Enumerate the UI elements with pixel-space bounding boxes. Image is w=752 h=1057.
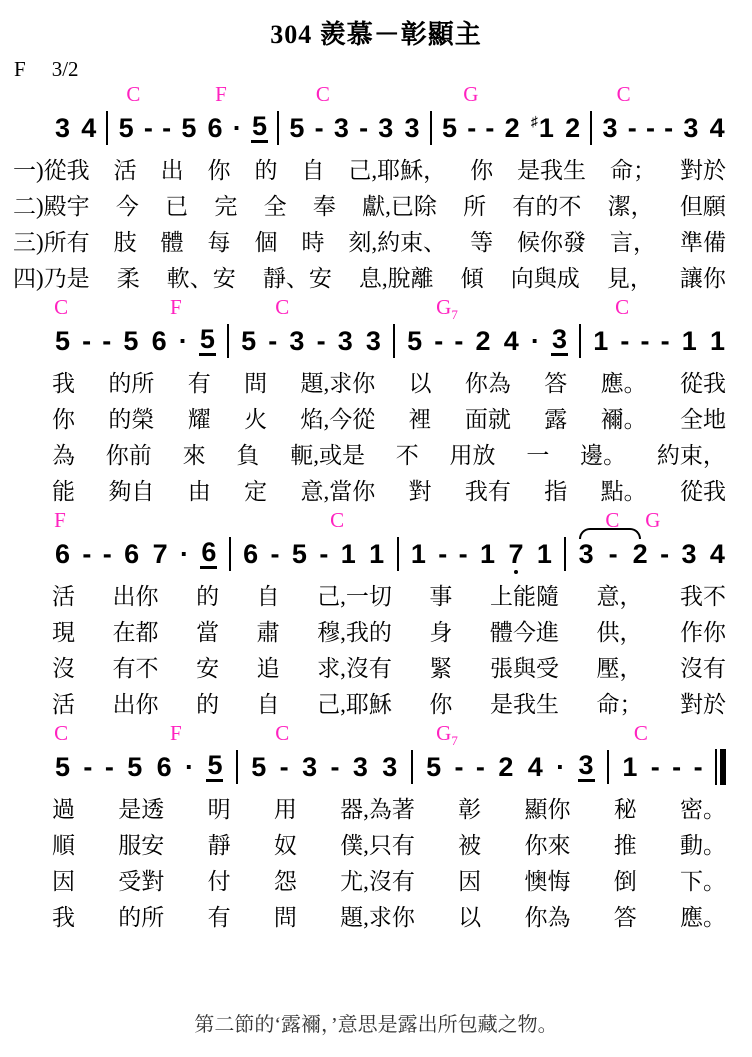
chord-label: C (54, 722, 68, 745)
lyric-syllable: 在都 (113, 614, 159, 647)
note: 7 (507, 541, 524, 568)
chord-label: C (615, 296, 629, 319)
note: 5 (251, 113, 268, 143)
note: 1 (410, 541, 427, 568)
duration-dash: - (438, 541, 447, 568)
notation-line: 6--67·66-5-111--1713-2-34 (54, 535, 726, 573)
lyric-syllable: 柔 (117, 260, 140, 293)
note: 5 (406, 328, 423, 355)
lyric-syllable: 肢 (114, 224, 137, 257)
duration-dash: - (162, 115, 171, 142)
barline (411, 750, 413, 784)
lyric-syllable: 下。 (680, 863, 726, 896)
lyric-syllable: 奉 (313, 188, 336, 221)
lyric-line: 二)殿宇今已完全奉獻,已除所有的不潔，但願 (13, 186, 726, 222)
note: 6 (207, 115, 224, 142)
lyric-syllable: 你為 (524, 899, 570, 932)
duration-dash: - (83, 754, 92, 781)
duration-dash: - (609, 541, 618, 568)
note: 4 (503, 328, 520, 355)
note: 3 (381, 754, 398, 781)
note: 5 (425, 754, 442, 781)
footnote: 第二節的‘露襧，’意思是露出所包藏之物。 (0, 1008, 752, 1037)
lyric-line: 現在都當肅穆,我的身體今進供，作你 (52, 612, 726, 648)
lyric-syllable: 付 (208, 863, 231, 896)
notation-line: 345--56·55-3-335--2123---34 (54, 109, 726, 147)
lyric-syllable: 密。 (680, 791, 726, 824)
lyric-syllable: 每 (208, 224, 231, 257)
lyric-syllable: 約束， (657, 437, 726, 470)
note: 6 (200, 539, 217, 569)
duration-dash: - (144, 115, 153, 142)
note: 6 (123, 541, 140, 568)
lyric-syllable: 對於 (680, 152, 726, 185)
notation-line: 5--56·55-3-335--24·31---11 (54, 322, 726, 360)
lyric-syllable: 事 (429, 578, 452, 611)
duration-dash: - (330, 754, 339, 781)
duration-dash: - (661, 328, 670, 355)
lyric-line: 順服安靜奴僕,只有被你來推動。 (52, 825, 726, 861)
lyric-syllable: 靜、安 (263, 260, 332, 293)
lyric-syllable: 火 (244, 401, 267, 434)
note: 3 (288, 328, 305, 355)
lyric-syllable: 求,沒有 (317, 650, 392, 683)
lyric-syllable: 不 (396, 437, 419, 470)
lyric-line: 過是透明用器,為著彰顯你秘密。 (52, 789, 726, 825)
lyric-syllable: 奴 (274, 827, 297, 860)
note: 6 (156, 754, 173, 781)
lyric-syllable: 體 (161, 224, 184, 257)
chord-label: G7 (436, 296, 458, 319)
lyric-syllable: 當 (196, 614, 219, 647)
note: 5 (250, 754, 267, 781)
lyric-line: 四)乃是柔軟、安靜、安息,脫離傾向與成見，讓你 (13, 258, 726, 294)
chord-label: C (126, 83, 140, 106)
lyric-syllable: 自 (257, 686, 280, 719)
lyric-syllable: 襧。 (601, 401, 647, 434)
lyric-syllable: 是我生 (517, 152, 586, 185)
lyric-syllable: 為 (52, 437, 75, 470)
lyric-syllable: 軛,或是 (290, 437, 365, 470)
lyric-syllable: 器,為著 (340, 791, 415, 824)
lyric-line: 能夠自由定意,當你對我有指點。從我 (52, 471, 726, 507)
lyric-syllable: 被 (458, 827, 481, 860)
lyric-syllable: 有的不 (512, 188, 581, 221)
duration-dash: - (476, 754, 485, 781)
note: 5 (240, 328, 257, 355)
duration-dash: - (103, 541, 112, 568)
duration-dash: - (651, 754, 660, 781)
lyric-syllable: 意,當你 (300, 473, 375, 506)
lyric-line: 一)從我活出你的自己,耶穌，你是我生命；對於 (13, 150, 726, 186)
chord-row: CFCG7C (0, 296, 752, 321)
barline (393, 324, 395, 358)
barline (236, 750, 238, 784)
note: 3 (337, 328, 354, 355)
lyric-syllable: 己,耶穌 (317, 686, 392, 719)
lyric-syllable: 問 (274, 899, 297, 932)
lyric-syllable: 自 (257, 578, 280, 611)
final-barline-thick (720, 749, 726, 785)
duration-dash: - (467, 115, 476, 142)
barline (106, 111, 108, 145)
lyric-syllable: 所 (463, 188, 486, 221)
lyric-syllable: 緊 (429, 650, 452, 683)
lyric-syllable: 從我 (680, 473, 726, 506)
lyric-syllable: 見， (607, 260, 653, 293)
lyric-syllable: 言， (610, 224, 656, 257)
lyric-syllable: 從我 (680, 365, 726, 398)
chord-label: C (330, 509, 344, 532)
note: 1 (530, 114, 555, 142)
duration-dash: - (455, 754, 464, 781)
lyric-syllable: 以 (409, 365, 432, 398)
lyric-syllable: 怨 (274, 863, 297, 896)
lyric-syllable: 因 (52, 863, 75, 896)
lyric-syllable: 的 (196, 686, 219, 719)
score-section: CFCG7C5--56·55-3-335--24·31---過是透明用器,為著彰… (0, 722, 752, 933)
lyric-syllable: 身 (429, 614, 452, 647)
lyric-syllable: 顯你 (524, 791, 570, 824)
lyric-syllable: 答 (544, 365, 567, 398)
lyric-syllable: 靜 (208, 827, 231, 860)
lyric-syllable: 你前 (106, 437, 152, 470)
duration-dash: - (434, 328, 443, 355)
barline (607, 750, 609, 784)
note: 3 (377, 115, 394, 142)
final-barline-thin (715, 749, 717, 785)
score-section: FCCG6--67·66-5-111--1713-2-34活出你的自己,一切事上… (0, 509, 752, 720)
barline (397, 537, 399, 571)
lyric-syllable: 活 (114, 152, 137, 185)
key-signature: F (14, 57, 26, 81)
lyric-line: 活出你的自己,一切事上能隨意，我不 (52, 576, 726, 612)
dotted-note-dot: · (180, 541, 189, 568)
lyric-syllable: 的所 (108, 365, 154, 398)
lyric-syllable: 作你 (680, 614, 726, 647)
chord-row: CFCGC (0, 83, 752, 108)
chord-label: F (54, 509, 66, 532)
lyric-syllable: 有不 (113, 650, 159, 683)
lyric-syllable: 一)從我 (13, 152, 90, 185)
lyric-syllable: 準備 (680, 224, 726, 257)
note: 1 (479, 541, 496, 568)
duration-dash: - (319, 541, 328, 568)
lyric-syllable: 候你發 (517, 224, 586, 257)
note: 4 (709, 541, 726, 568)
lyric-syllable: 活 (52, 686, 75, 719)
tie-group: 3-2 (578, 541, 649, 568)
dotted-note-dot: · (185, 754, 194, 781)
note: 1 (709, 328, 726, 355)
note: 1 (536, 541, 553, 568)
duration-dash: - (664, 115, 673, 142)
lyric-syllable: 個 (254, 224, 277, 257)
chord-label: C (275, 296, 289, 319)
note: 1 (681, 328, 698, 355)
barline (227, 324, 229, 358)
hymn-title: 304 羨慕－彰顯主 (0, 0, 752, 51)
hymn-page: 304 羨慕－彰顯主 F3/2 CFCGC345--56·55-3-335--2… (0, 0, 752, 1057)
lyric-syllable: 沒 (52, 650, 75, 683)
lyric-syllable: 答 (614, 899, 637, 932)
lyric-syllable: 潔， (608, 188, 654, 221)
lyric-syllable: 來 (183, 437, 206, 470)
lyric-syllable: 秘 (614, 791, 637, 824)
note: 3 (301, 754, 318, 781)
lyric-syllable: 彰 (458, 791, 481, 824)
note: 3 (404, 115, 421, 142)
lyric-syllable: 一 (526, 437, 549, 470)
note: 6 (54, 541, 71, 568)
lyric-syllable: 已 (165, 188, 188, 221)
lyric-syllable: 你 (429, 686, 452, 719)
lyric-syllable: 是我生 (490, 686, 559, 719)
lyric-syllable: 對 (409, 473, 432, 506)
lyric-syllable: 你為 (465, 365, 511, 398)
lyric-syllable: 題,求你 (300, 365, 375, 398)
lyric-syllable: 推 (614, 827, 637, 860)
note: 5 (206, 752, 223, 782)
lyric-line: 沒有不安追求,沒有緊張與受壓，沒有 (52, 648, 726, 684)
duration-dash: - (268, 328, 277, 355)
lyric-syllable: 是透 (118, 791, 164, 824)
lyric-syllable: 應。 (601, 365, 647, 398)
lyric-syllable: 等 (470, 224, 493, 257)
note: 3 (578, 541, 595, 568)
lyric-syllable: 明 (208, 791, 231, 824)
duration-dash: - (641, 328, 650, 355)
lyric-syllable: 二)殿宇 (13, 188, 90, 221)
note: 4 (709, 115, 726, 142)
note: 5 (441, 115, 458, 142)
lyric-syllable: 邊。 (580, 437, 626, 470)
barline (590, 111, 592, 145)
note: 2 (504, 115, 521, 142)
lyric-syllable: 時 (301, 224, 324, 257)
duration-dash: - (280, 754, 289, 781)
duration-dash: - (660, 541, 669, 568)
lyric-syllable: 今 (116, 188, 139, 221)
note: 4 (80, 115, 97, 142)
note: 2 (475, 328, 492, 355)
note: 3 (333, 115, 350, 142)
note: 5 (118, 115, 135, 142)
duration-dash: - (459, 541, 468, 568)
lyric-syllable: 指 (544, 473, 567, 506)
lyric-syllable: 耀 (188, 401, 211, 434)
note: 3 (54, 115, 71, 142)
note: 1 (592, 328, 609, 355)
note: 2 (564, 115, 581, 142)
lyric-syllable: 獻,已除 (362, 188, 437, 221)
lyric-syllable: 懊悔 (524, 863, 570, 896)
lyric-syllable: 沒有 (680, 650, 726, 683)
lyric-syllable: 我 (52, 899, 75, 932)
duration-dash: - (317, 328, 326, 355)
lyric-syllable: 命； (610, 152, 656, 185)
lyric-syllable: 體今進 (490, 614, 559, 647)
lyric-syllable: 出 (161, 152, 184, 185)
lyric-line: 三)所有肢體每個時刻,約束、等候你發言，準備 (13, 222, 726, 258)
lyric-syllable: 對於 (680, 686, 726, 719)
lyric-syllable: 用 (274, 791, 297, 824)
chord-label: G7 (436, 722, 458, 745)
note: 5 (288, 115, 305, 142)
lyric-syllable: 安 (196, 650, 219, 683)
lyric-syllable: 定 (244, 473, 267, 506)
lyric-syllable: 尤,沒有 (340, 863, 415, 896)
chord-label: G (463, 83, 478, 106)
barline (430, 111, 432, 145)
lyric-line: 你的榮耀火焰,今從裡面就露襧。全地 (52, 399, 726, 435)
dotted-note-dot: · (179, 328, 188, 355)
lyric-syllable: 出你 (113, 686, 159, 719)
lyric-syllable: 軟、安 (167, 260, 236, 293)
lyric-syllable: 過 (52, 791, 75, 824)
lyric-syllable: 負 (236, 437, 259, 470)
lyric-syllable: 刻,約束、 (348, 224, 446, 257)
lyric-syllable: 你 (470, 152, 493, 185)
lyric-syllable: 焰,今從 (300, 401, 375, 434)
lyric-syllable: 三)所有 (13, 224, 90, 257)
lyric-syllable: 有 (208, 899, 231, 932)
final-barline (715, 749, 726, 785)
note: 1 (621, 754, 638, 781)
barline (579, 324, 581, 358)
lyric-syllable: 因 (458, 863, 481, 896)
note: 5 (126, 754, 143, 781)
lyric-syllable: 壓， (596, 650, 642, 683)
note: 1 (340, 541, 357, 568)
note: 3 (365, 328, 382, 355)
lyric-syllable: 的 (254, 152, 277, 185)
barline (277, 111, 279, 145)
duration-dash: - (315, 115, 324, 142)
note: 4 (527, 754, 544, 781)
duration-dash: - (672, 754, 681, 781)
lyric-line: 為你前來負軛,或是不用放一邊。約束， (52, 435, 726, 471)
note: 5 (291, 541, 308, 568)
lyric-syllable: 的所 (118, 899, 164, 932)
chord-label: F (170, 722, 182, 745)
lyric-syllable: 己,一切 (317, 578, 392, 611)
dotted-note-dot: · (531, 328, 540, 355)
note: 6 (151, 328, 168, 355)
lyric-syllable: 讓你 (680, 260, 726, 293)
lyric-syllable: 問 (244, 365, 267, 398)
lyric-syllable: 全地 (680, 401, 726, 434)
duration-dash: - (628, 115, 637, 142)
lyric-syllable: 你 (52, 401, 75, 434)
score-section: CFCG7C5--56·55-3-335--24·31---11我的所有問題,求… (0, 296, 752, 507)
lyric-syllable: 命； (596, 686, 642, 719)
lyric-syllable: 夠自 (108, 473, 154, 506)
note: 1 (368, 541, 385, 568)
chord-label: F (215, 83, 227, 106)
lyric-syllable: 露 (544, 401, 567, 434)
lyric-syllable: 你來 (524, 827, 570, 860)
lyric-syllable: 服安 (118, 827, 164, 860)
lyric-syllable: 應。 (680, 899, 726, 932)
lyric-syllable: 完 (214, 188, 237, 221)
duration-dash: - (102, 328, 111, 355)
chord-label: G (645, 509, 660, 532)
lyric-syllable: 追 (257, 650, 280, 683)
chord-subscript: 7 (451, 307, 458, 322)
lyric-syllable: 息,脫離 (359, 260, 434, 293)
note: 3 (682, 115, 699, 142)
lyric-syllable: 題,求你 (340, 899, 415, 932)
chord-label: C (617, 83, 631, 106)
note: 7 (152, 541, 169, 568)
note: 3 (578, 752, 595, 782)
note: 3 (680, 541, 697, 568)
note: 3 (551, 326, 568, 356)
lyric-syllable: 但願 (680, 188, 726, 221)
lyric-syllable: 順 (52, 827, 75, 860)
lyric-syllable: 張與受 (490, 650, 559, 683)
dotted-note-dot: · (556, 754, 565, 781)
chord-row: CFCG7C (0, 722, 752, 747)
note: 5 (54, 754, 71, 781)
duration-dash: - (82, 541, 91, 568)
chord-label: C (54, 296, 68, 319)
lyric-syllable: 穆,我的 (317, 614, 392, 647)
note: 5 (54, 328, 71, 355)
chord-subscript: 7 (451, 733, 458, 748)
barline (564, 537, 566, 571)
lyric-syllable: 現 (52, 614, 75, 647)
note: 6 (242, 541, 259, 568)
duration-dash: - (454, 328, 463, 355)
lyric-line: 因受對付怨尤,沒有因懊悔倒下。 (52, 861, 726, 897)
lyric-syllable: 你 (208, 152, 231, 185)
lyric-syllable: 點。 (601, 473, 647, 506)
lyric-syllable: 用放 (450, 437, 496, 470)
lyric-syllable: 意， (596, 578, 642, 611)
lyric-syllable: 面就 (465, 401, 511, 434)
lyric-syllable: 全 (264, 188, 287, 221)
lyric-line: 我的所有問題,求你以你為答應。從我 (52, 363, 726, 399)
score: CFCGC345--56·55-3-335--2123---34一)從我活出你的… (0, 83, 752, 933)
lyric-syllable: 受對 (118, 863, 164, 896)
lyric-syllable: 自 (301, 152, 324, 185)
duration-dash: - (694, 754, 703, 781)
lyric-syllable: 四)乃是 (13, 260, 90, 293)
barline (229, 537, 231, 571)
note: 2 (497, 754, 514, 781)
note: 5 (180, 115, 197, 142)
score-section: CFCGC345--56·55-3-335--2123---34一)從我活出你的… (0, 83, 752, 294)
note: 5 (199, 326, 216, 356)
lyric-syllable: 動。 (680, 827, 726, 860)
lyric-syllable: 己,耶穌， (348, 152, 446, 185)
note: 2 (632, 541, 649, 568)
duration-dash: - (646, 115, 655, 142)
note: 3 (602, 115, 619, 142)
lyric-syllable: 我不 (680, 578, 726, 611)
note: 5 (122, 328, 139, 355)
lyric-syllable: 由 (188, 473, 211, 506)
time-signature: 3/2 (52, 57, 79, 81)
lyric-syllable: 出你 (113, 578, 159, 611)
chord-label: C (275, 722, 289, 745)
duration-dash: - (485, 115, 494, 142)
dotted-note-dot: · (233, 115, 242, 142)
lyric-line: 我的所有問題,求你以你為答應。 (52, 897, 726, 933)
duration-dash: - (82, 328, 91, 355)
